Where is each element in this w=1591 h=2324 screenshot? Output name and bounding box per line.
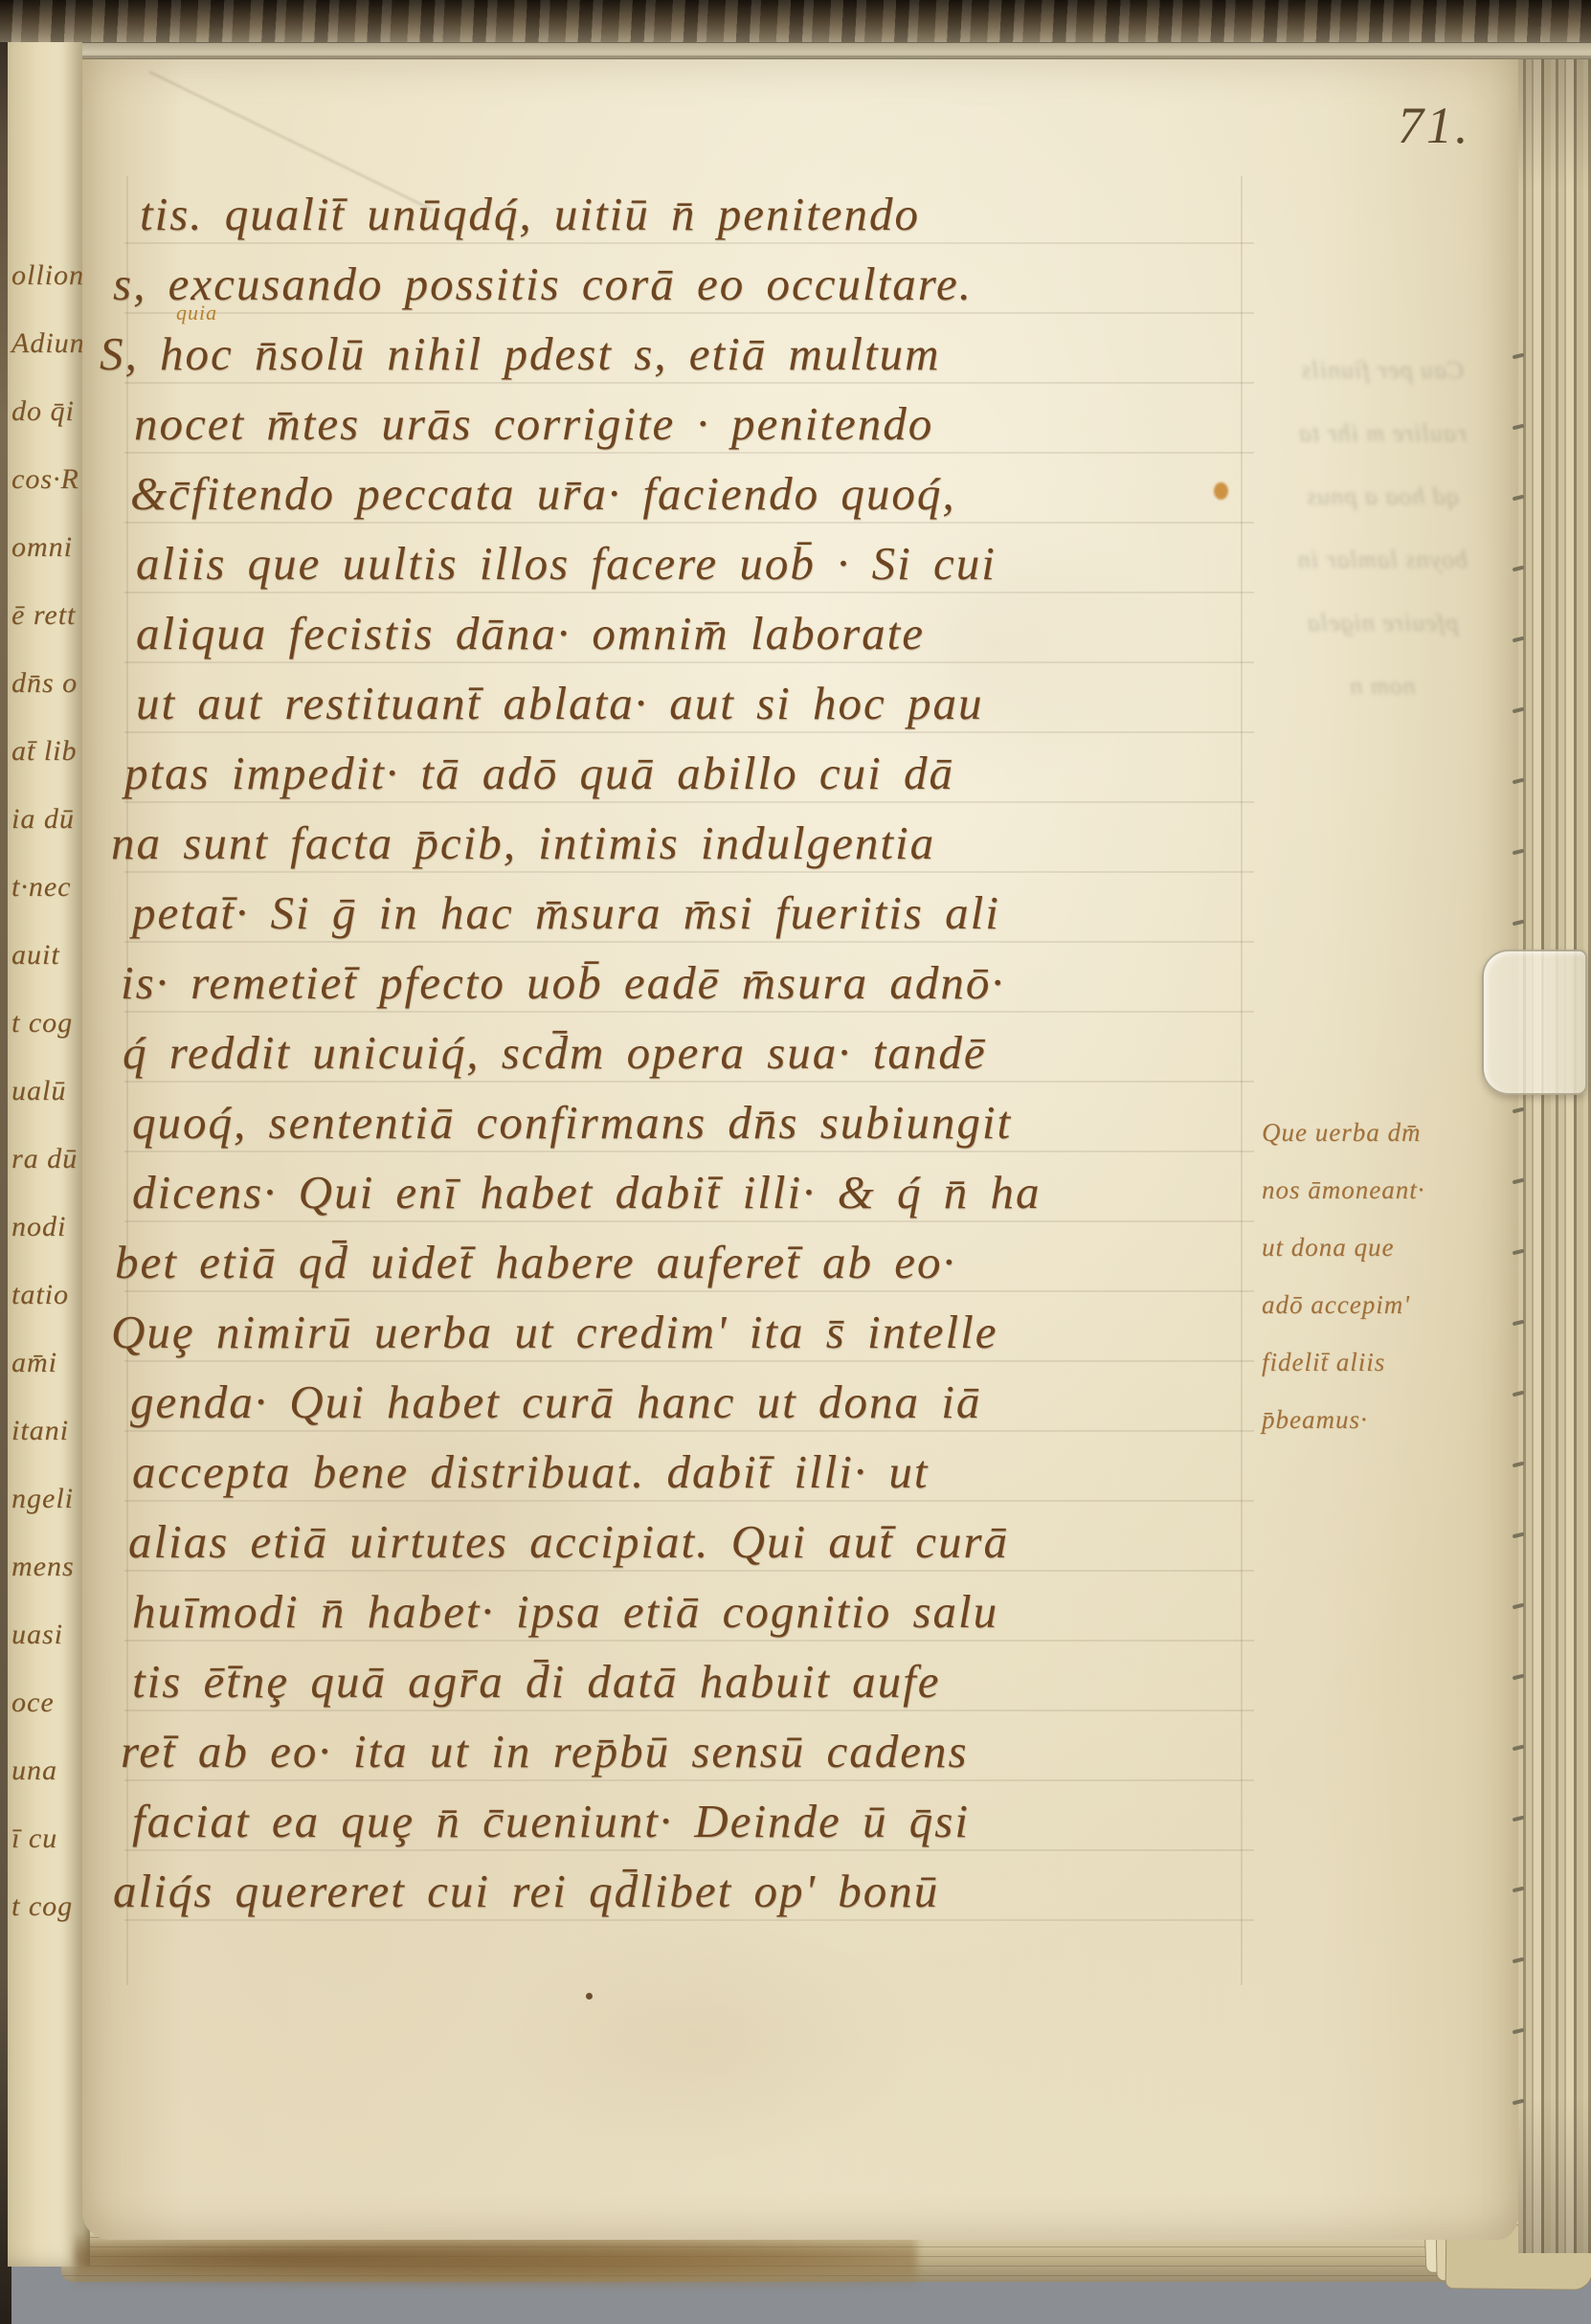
pricking-mark	[1513, 1745, 1525, 1752]
marginal-note-line: adō accepim'	[1262, 1290, 1410, 1320]
pricking-mark	[1513, 1249, 1525, 1256]
folio-number: 71.	[1398, 96, 1471, 155]
pricking-mark	[1513, 2028, 1525, 2035]
stray-ink-dot	[586, 1993, 593, 2000]
pricking-mark	[1513, 1462, 1525, 1468]
manuscript-text-line: S, hoc n̄solū nihil pdest s, etiā multum	[100, 326, 941, 381]
bleedthrough-line: boyns lamlar in	[1269, 546, 1495, 574]
manuscript-text-line: Quȩ nimirū uerba ut credim' ita s̄ intel…	[111, 1305, 997, 1359]
pricking-mark	[1513, 1391, 1525, 1397]
pricking-mark	[1513, 1816, 1525, 1822]
pricking-mark	[1513, 1178, 1525, 1185]
marginal-note-line: fidelit̄ aliis	[1262, 1348, 1385, 1377]
manuscript-text-line: quoq́, sententiā confirmans dn̄s subiung…	[132, 1095, 1012, 1150]
manuscript-text-line: ret̄ ab eo· ita ut in rep̄bū sensū caden…	[121, 1724, 969, 1778]
manuscript-text-line: na sunt facta p̄cib, intimis indulgentia	[111, 816, 935, 870]
pricking-mark	[1513, 1887, 1525, 1893]
bleedthrough-line: raulire m ihr ta	[1269, 419, 1495, 448]
pricking-mark	[1513, 1107, 1525, 1114]
bleedthrough-line: pfeuire nigela	[1269, 609, 1495, 637]
orange-wax-fleck	[1214, 482, 1228, 500]
pricking-mark	[1513, 1320, 1525, 1327]
manuscript-text-line: nocet m̄tes urās corrigite · penitendo	[134, 396, 933, 451]
manuscript-text-line: petat̄· Si ḡ in hac m̄sura m̄si fueritis…	[132, 885, 1000, 940]
manuscript-text-line: bet etiā qd̄ uidet̄ habere auferet̄ ab e…	[115, 1235, 956, 1289]
pricking-mark	[1513, 849, 1525, 856]
manuscript-text-line: genda· Qui habet curā hanc ut dona iā	[130, 1374, 981, 1429]
manuscript-text-line: is· remetiet̄ pfecto uob̄ eadē m̄sura ad…	[121, 955, 1005, 1010]
marginal-note-line: ut dona que	[1262, 1233, 1395, 1263]
pricking-mark	[1513, 1674, 1525, 1681]
pricking-mark	[1513, 778, 1525, 785]
pricking-mark	[1513, 2099, 1525, 2106]
pricking-mark	[1513, 1957, 1525, 1964]
manuscript-text-line: ptas impedit· tā adō quā abillo cui dā	[124, 746, 954, 800]
manuscript-text-line: q́ reddit unicuiq́, scd̄m opera sua· tan…	[123, 1025, 987, 1080]
manuscript-text-line: &c̄fitendo peccata ur̄a· faciendo quoq́,	[130, 466, 956, 521]
pricking-mark	[1513, 566, 1525, 572]
marginal-note-line: nos āmoneant·	[1262, 1175, 1425, 1205]
pricking-mark	[1513, 424, 1525, 431]
pricking-mark	[1513, 707, 1525, 714]
manuscript-text-line: s, excusando possitis corā eo occultare.	[113, 257, 973, 311]
pricking-mark	[1513, 495, 1525, 502]
manuscript-text-line: ut aut restituant̄ ablata· aut si hoc pa…	[136, 676, 984, 730]
pricking-mark	[1513, 920, 1525, 927]
manuscript-text-line: huīmodi n̄ habet· ipsa etiā cognitio sal…	[132, 1584, 998, 1639]
manuscript-text-line: tis ēt̄nȩ quā agr̄a d̄i datā habuit aufe	[132, 1654, 941, 1709]
manuscript-text-line: aliq́s quereret cui rei qd̄libet op' bon…	[113, 1864, 939, 1918]
manuscript-text-line: accepta bene distribuat. dabit̄ illi· ut	[132, 1444, 930, 1499]
bleedthrough-line: nom n	[1269, 672, 1495, 701]
pricking-mark	[1513, 1603, 1525, 1610]
parchment-index-tab	[1482, 950, 1587, 1095]
pricking-mark	[1513, 1532, 1525, 1539]
manuscript-text-line: alias etiā uirtutes accipiat. Qui aut̄ c…	[128, 1514, 1009, 1569]
manuscript-text-line: dicens· Qui enī habet dabit̄ illi· & q́ …	[132, 1165, 1041, 1219]
bleedthrough-line: qd hoa a pnus	[1269, 482, 1495, 511]
manuscript-text-line: aliqua fecistis dāna· omnim̄ laborate	[136, 606, 925, 660]
bleedthrough-line: Cau per fiunils	[1269, 356, 1495, 385]
pricking-mark	[1513, 353, 1525, 360]
marginal-note-line: Que uerba dm̄	[1262, 1118, 1421, 1148]
pricking-mark	[1513, 637, 1525, 643]
manuscript-text-line: faciat ea quȩ n̄ c̄ueniunt· Deinde ū q̄s…	[132, 1794, 970, 1848]
manuscript-text-line: aliis que uultis illos facere uob̄ · Si …	[136, 536, 997, 591]
marginal-note-line: p̄beamus·	[1262, 1405, 1368, 1435]
ink-layer: 71. quia tis. qualit̄ unūqdq́, uitiū n̄ …	[0, 0, 1591, 2324]
manuscript-text-line: tis. qualit̄ unūqdq́, uitiū n̄ penitendo	[140, 187, 920, 241]
